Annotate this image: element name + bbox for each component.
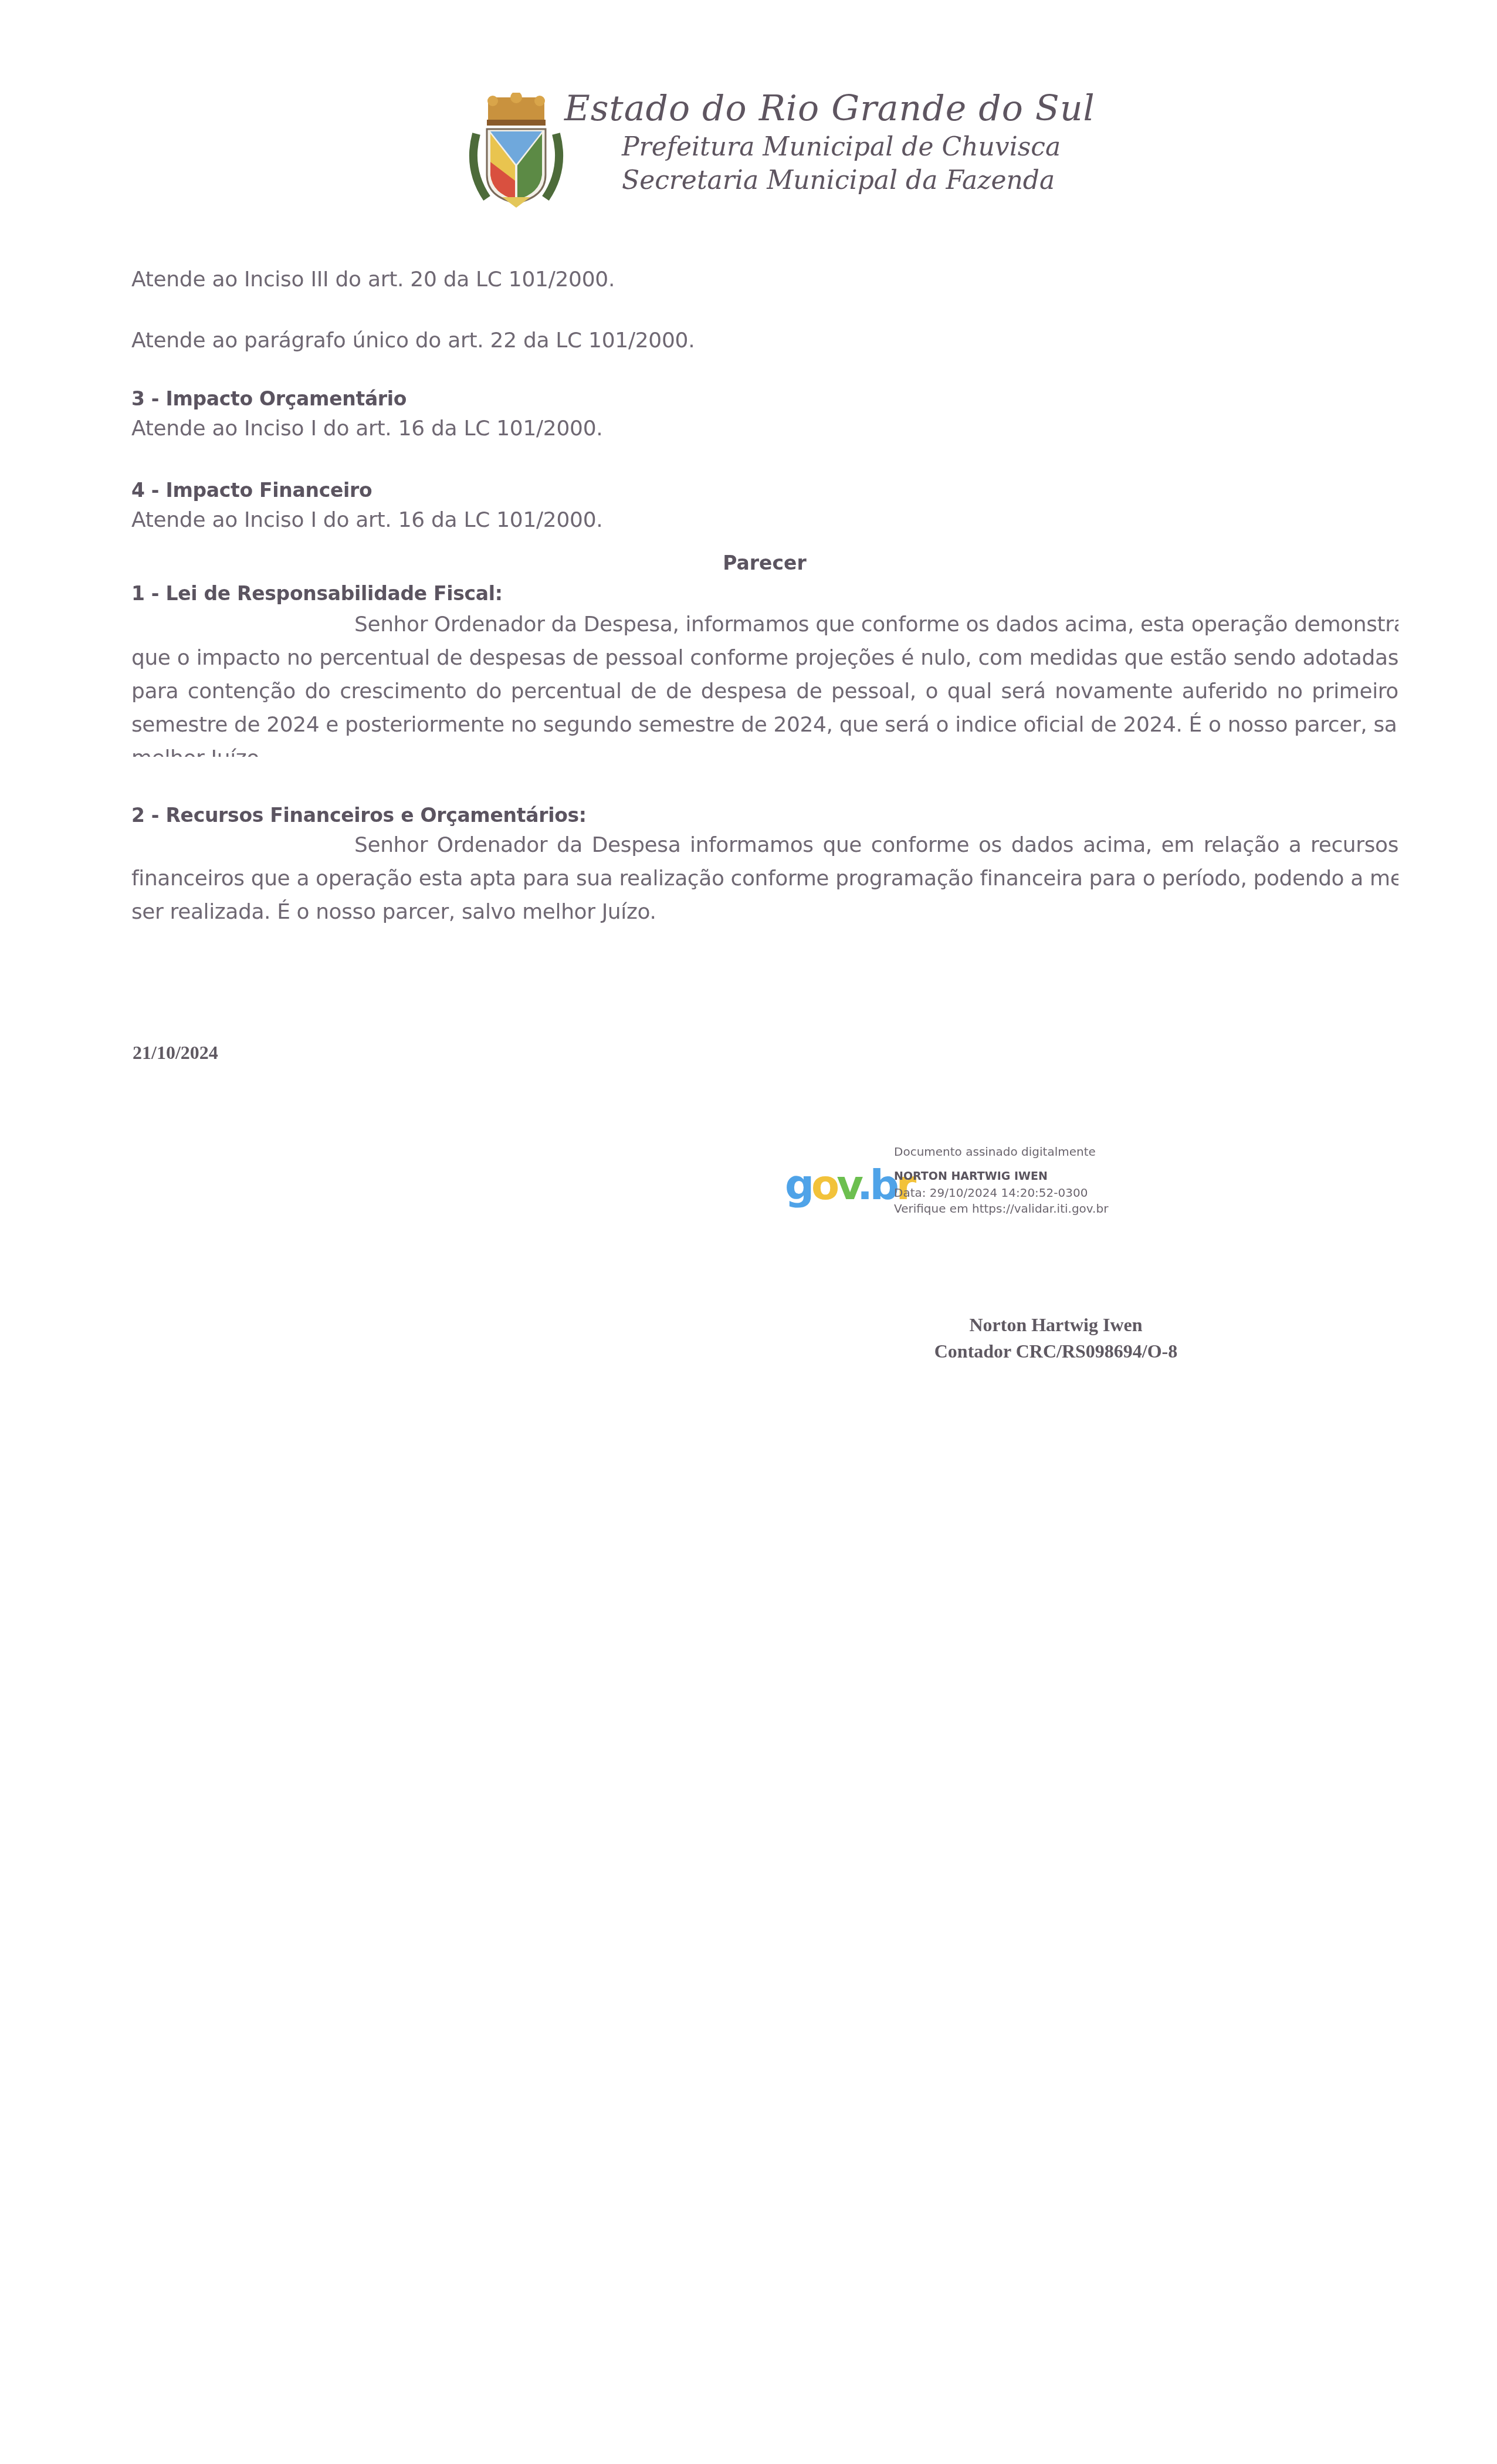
signer-name: Norton Hartwig Iwen xyxy=(909,1314,1203,1336)
parecer-item-1-line: semestre de 2024 e posteriormente no seg… xyxy=(131,708,1398,742)
govbr-logo-v: v xyxy=(836,1161,857,1209)
signature-datetime: Data: 29/10/2024 14:20:52-0300 xyxy=(894,1186,1088,1200)
signature-signer: NORTON HARTWIG IWEN xyxy=(894,1170,1048,1183)
signer-role: Contador CRC/RS098694/O-8 xyxy=(909,1341,1203,1362)
municipal-crest-icon xyxy=(463,93,569,210)
section-text-impacto-financeiro: Atende ao Inciso I do art. 16 da LC 101/… xyxy=(131,508,602,532)
parecer-item-2-title: 2 - Recursos Financeiros e Orçamentários… xyxy=(131,804,587,827)
signature-verify-link[interactable]: Verifique em https://validar.iti.gov.br xyxy=(894,1201,1108,1216)
parecer-heading: Parecer xyxy=(0,551,1497,574)
signature-caption: Documento assinado digitalmente xyxy=(894,1145,1096,1159)
govbr-logo-b: b xyxy=(870,1161,896,1209)
parecer-item-1-line: Senhor Ordenador da Despesa, informamos … xyxy=(131,608,1398,641)
govbr-logo-g: g xyxy=(785,1161,811,1209)
govbr-logo-dot: . xyxy=(857,1161,870,1209)
parecer-item-1-line: que o impacto no percentual de despesas … xyxy=(131,641,1398,675)
intro-line-1: Atende ao Inciso III do art. 20 da LC 10… xyxy=(131,268,615,292)
parecer-item-1-line: para contenção do crescimento do percent… xyxy=(131,675,1398,708)
section-title-impacto-financeiro: 4 - Impacto Financeiro xyxy=(131,479,372,502)
parecer-item-2-line: ser realizada. É o nosso parcer, salvo m… xyxy=(131,895,1398,929)
section-text-impacto-orcamentario: Atende ao Inciso I do art. 16 da LC 101/… xyxy=(131,417,602,441)
govbr-logo-o: o xyxy=(811,1161,836,1209)
document-date: 21/10/2024 xyxy=(133,1042,218,1064)
parecer-item-1-title: 1 - Lei de Responsabilidade Fiscal: xyxy=(131,582,503,605)
parecer-item-2-body: Senhor Ordenador da Despesa informamos q… xyxy=(131,828,1398,929)
header-municipality: Prefeitura Municipal de Chuvisca xyxy=(622,132,1061,162)
header-state-name: Estado do Rio Grande do Sul xyxy=(564,88,1095,129)
parecer-item-1-line-clipped: melhor Juízo. xyxy=(131,742,1398,757)
header-department: Secretaria Municipal da Fazenda xyxy=(622,165,1055,195)
parecer-item-2-line: financeiros que a operação esta apta par… xyxy=(131,862,1398,895)
parecer-item-2-line: Senhor Ordenador da Despesa informamos q… xyxy=(131,828,1398,862)
parecer-item-1-body: Senhor Ordenador da Despesa, informamos … xyxy=(131,608,1398,757)
section-title-impacto-orcamentario: 3 - Impacto Orçamentário xyxy=(131,387,407,410)
intro-line-2: Atende ao parágrafo único do art. 22 da … xyxy=(131,329,695,353)
